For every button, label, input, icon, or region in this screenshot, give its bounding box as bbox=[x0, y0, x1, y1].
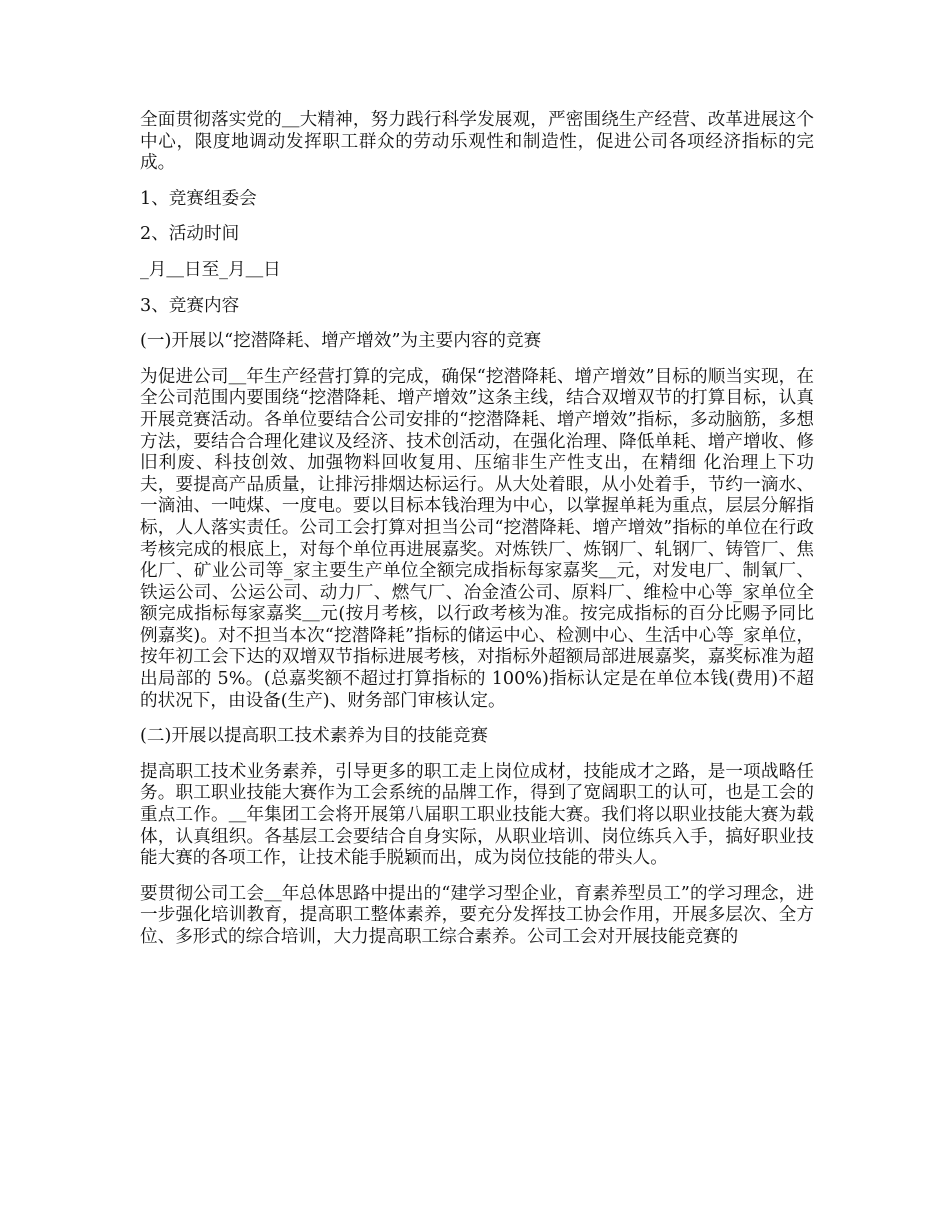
training-paragraph: 要贯彻公司工会＿年总体思路中提出的“建学习型企业，育素养型员工”的学习理念，进一… bbox=[140, 884, 814, 949]
skills-contest-paragraph: 提高职工技术业务素养，引导更多的职工走上岗位成材，技能成才之路，是一项战略任务。… bbox=[140, 762, 814, 870]
intro-paragraph: 全面贯彻落实党的＿大精神，努力践行科学发展观，严密围绕生产经营、改革进展这个中心… bbox=[140, 110, 814, 175]
section-heading-contest-content: 3、竞赛内容 bbox=[140, 296, 814, 318]
cost-reduction-paragraph: 为促进公司＿年生产经营打算的完成，确保“挖潜降耗、增产增效”目标的顺当实现，在全… bbox=[140, 367, 814, 713]
subsection-heading-skills-contest: (二)开展以提高职工技术素养为目的技能竞赛 bbox=[140, 726, 814, 748]
subsection-heading-cost-reduction: (一)开展以“挖潜降耗、增产增效”为主要内容的竞赛 bbox=[140, 331, 814, 353]
section-heading-committee: 1、竞赛组委会 bbox=[140, 189, 814, 211]
section-heading-activity-time: 2、活动时间 bbox=[140, 224, 814, 246]
activity-date-range: _月＿日至_月＿日 bbox=[140, 260, 814, 282]
document-page: 全面贯彻落实党的＿大精神，努力践行科学发展观，严密围绕生产经营、改革进展这个中心… bbox=[140, 110, 814, 963]
